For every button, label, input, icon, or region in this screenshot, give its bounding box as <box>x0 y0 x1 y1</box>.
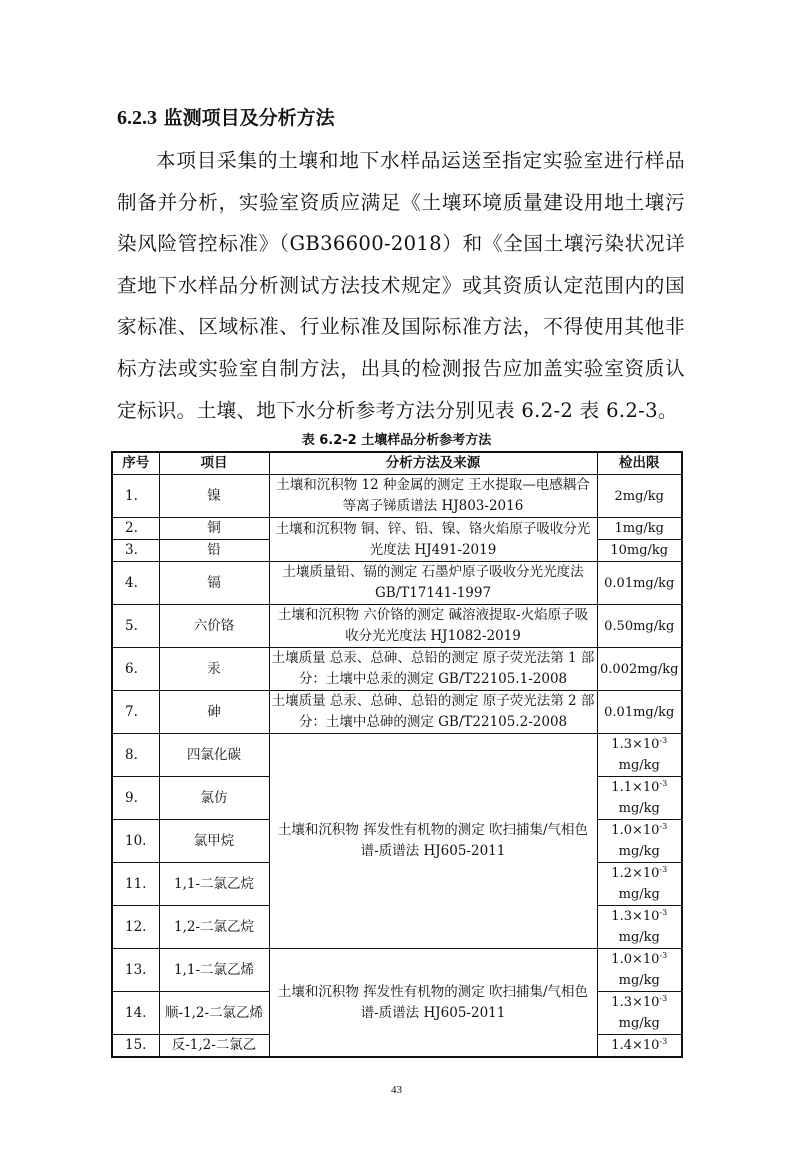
row-limit: 1.1×10-3mg/kg <box>597 777 682 820</box>
row-limit: 0.002mg/kg <box>597 648 682 691</box>
limit-base: 1.1×10 <box>611 780 659 795</box>
row-no: 14. <box>112 992 159 1035</box>
row-limit: 1.0×10-3mg/kg <box>597 820 682 863</box>
row-no: 10. <box>112 820 159 863</box>
limit-exponent: -3 <box>659 1037 667 1046</box>
row-item: 氯甲烷 <box>159 820 269 863</box>
table-row: 1. 镍 土壤和沉积物 12 种金属的测定 王水提取—电感耦合等离子锑质谱法 H… <box>112 475 682 518</box>
row-method: 土壤和沉积物 挥发性有机物的测定 吹扫捕集/气相色谱-质谱法 HJ605-201… <box>269 734 597 949</box>
row-item: 顺-1,2-二氯乙烯 <box>159 992 269 1035</box>
table-row: 7. 砷 土壤质量 总汞、总砷、总铅的测定 原子荧光法第 2 部分：土壤中总砷的… <box>112 691 682 734</box>
limit-unit: mg/kg <box>619 801 660 816</box>
row-item: 1,1-二氯乙烷 <box>159 863 269 906</box>
row-item: 1,1-二氯乙烯 <box>159 949 269 992</box>
section-heading: 6.2.3 监测项目及分析方法 <box>117 103 335 130</box>
row-no: 15. <box>112 1035 159 1058</box>
limit-base: 1.4×10 <box>611 1038 659 1053</box>
header-item: 项目 <box>159 452 269 475</box>
limit-base: 1.0×10 <box>611 823 659 838</box>
row-item: 砷 <box>159 691 269 734</box>
row-item: 铜 <box>159 518 269 540</box>
row-limit: 0.01mg/kg <box>597 562 682 605</box>
limit-base: 1.3×10 <box>611 737 659 752</box>
table-row: 4. 镉 土壤质量铅、镉的测定 石墨炉原子吸收分光光度法 GB/T17141-1… <box>112 562 682 605</box>
row-method: 土壤和沉积物 挥发性有机物的测定 吹扫捕集/气相色谱-质谱法 HJ605-201… <box>269 949 597 1058</box>
row-no: 8. <box>112 734 159 777</box>
limit-unit: mg/kg <box>619 844 660 859</box>
row-limit: 0.50mg/kg <box>597 605 682 648</box>
row-item: 反-1,2-二氯乙 <box>159 1035 269 1058</box>
row-no: 11. <box>112 863 159 906</box>
table-row: 8. 四氯化碳 土壤和沉积物 挥发性有机物的测定 吹扫捕集/气相色谱-质谱法 H… <box>112 734 682 777</box>
page-number: 43 <box>0 1084 793 1096</box>
table-caption: 表 6.2-2 土壤样品分析参考方法 <box>0 429 793 448</box>
row-no: 3. <box>112 540 159 562</box>
header-no: 序号 <box>112 452 159 475</box>
row-method: 土壤和沉积物 铜、锌、铅、镍、铬火焰原子吸收分光光度法 HJ491-2019 <box>269 518 597 562</box>
row-limit: 1mg/kg <box>597 518 682 540</box>
row-item: 六价铬 <box>159 605 269 648</box>
row-no: 5. <box>112 605 159 648</box>
row-item: 四氯化碳 <box>159 734 269 777</box>
row-limit: 1.3×10-3mg/kg <box>597 734 682 777</box>
limit-exponent: -3 <box>659 951 667 960</box>
header-method: 分析方法及来源 <box>269 452 597 475</box>
row-method: 土壤质量 总汞、总砷、总铅的测定 原子荧光法第 2 部分：土壤中总砷的测定 GB… <box>269 691 597 734</box>
row-limit: 1.0×10-3mg/kg <box>597 949 682 992</box>
limit-base: 1.3×10 <box>611 909 659 924</box>
row-item: 汞 <box>159 648 269 691</box>
row-limit: 1.3×10-3mg/kg <box>597 992 682 1035</box>
row-no: 4. <box>112 562 159 605</box>
row-item: 氯仿 <box>159 777 269 820</box>
limit-base: 1.0×10 <box>611 952 659 967</box>
limit-base: 1.3×10 <box>611 995 659 1010</box>
limit-unit: mg/kg <box>619 887 660 902</box>
table-row: 6. 汞 土壤质量 总汞、总砷、总铅的测定 原子荧光法第 1 部分：土壤中总汞的… <box>112 648 682 691</box>
section-number: 6.2.3 <box>117 107 157 129</box>
row-item: 铅 <box>159 540 269 562</box>
row-limit: 1.2×10-3mg/kg <box>597 863 682 906</box>
header-limit: 检出限 <box>597 452 682 475</box>
row-no: 6. <box>112 648 159 691</box>
row-limit: 1.3×10-3mg/kg <box>597 906 682 949</box>
limit-unit: mg/kg <box>619 1016 660 1031</box>
limit-exponent: -3 <box>659 736 667 745</box>
limit-exponent: -3 <box>659 908 667 917</box>
row-item: 镍 <box>159 475 269 518</box>
section-title: 监测项目及分析方法 <box>164 107 335 129</box>
row-method: 土壤质量 总汞、总砷、总铅的测定 原子荧光法第 1 部分：土壤中总汞的测定 GB… <box>269 648 597 691</box>
soil-analysis-table: 序号 项目 分析方法及来源 检出限 1. 镍 土壤和沉积物 12 种金属的测定 … <box>111 451 683 1058</box>
limit-exponent: -3 <box>659 822 667 831</box>
limit-unit: mg/kg <box>619 930 660 945</box>
row-limit: 1.4×10-3 <box>597 1035 682 1058</box>
limit-exponent: -3 <box>659 779 667 788</box>
table-row: 5. 六价铬 土壤和沉积物 六价铬的测定 碱溶液提取-火焰原子吸收分光光度法 H… <box>112 605 682 648</box>
limit-unit: mg/kg <box>619 758 660 773</box>
row-method: 土壤和沉积物 六价铬的测定 碱溶液提取-火焰原子吸收分光光度法 HJ1082-2… <box>269 605 597 648</box>
row-no: 9. <box>112 777 159 820</box>
limit-unit: mg/kg <box>619 973 660 988</box>
row-method: 土壤质量铅、镉的测定 石墨炉原子吸收分光光度法 GB/T17141-1997 <box>269 562 597 605</box>
row-item: 镉 <box>159 562 269 605</box>
row-no: 12. <box>112 906 159 949</box>
row-item: 1,2-二氯乙烷 <box>159 906 269 949</box>
table-row: 2. 铜 土壤和沉积物 铜、锌、铅、镍、铬火焰原子吸收分光光度法 HJ491-2… <box>112 518 682 540</box>
row-limit: 10mg/kg <box>597 540 682 562</box>
row-method: 土壤和沉积物 12 种金属的测定 王水提取—电感耦合等离子锑质谱法 HJ803-… <box>269 475 597 518</box>
row-limit: 0.01mg/kg <box>597 691 682 734</box>
limit-exponent: -3 <box>659 865 667 874</box>
table-row: 13. 1,1-二氯乙烯 土壤和沉积物 挥发性有机物的测定 吹扫捕集/气相色谱-… <box>112 949 682 992</box>
body-paragraph: 本项目采集的土壤和地下水样品运送至指定实验室进行样品制备并分析，实验室资质应满足… <box>117 140 685 431</box>
row-no: 13. <box>112 949 159 992</box>
row-limit: 2mg/kg <box>597 475 682 518</box>
row-no: 2. <box>112 518 159 540</box>
table-header-row: 序号 项目 分析方法及来源 检出限 <box>112 452 682 475</box>
row-no: 7. <box>112 691 159 734</box>
row-no: 1. <box>112 475 159 518</box>
limit-exponent: -3 <box>659 994 667 1003</box>
limit-base: 1.2×10 <box>611 866 659 881</box>
